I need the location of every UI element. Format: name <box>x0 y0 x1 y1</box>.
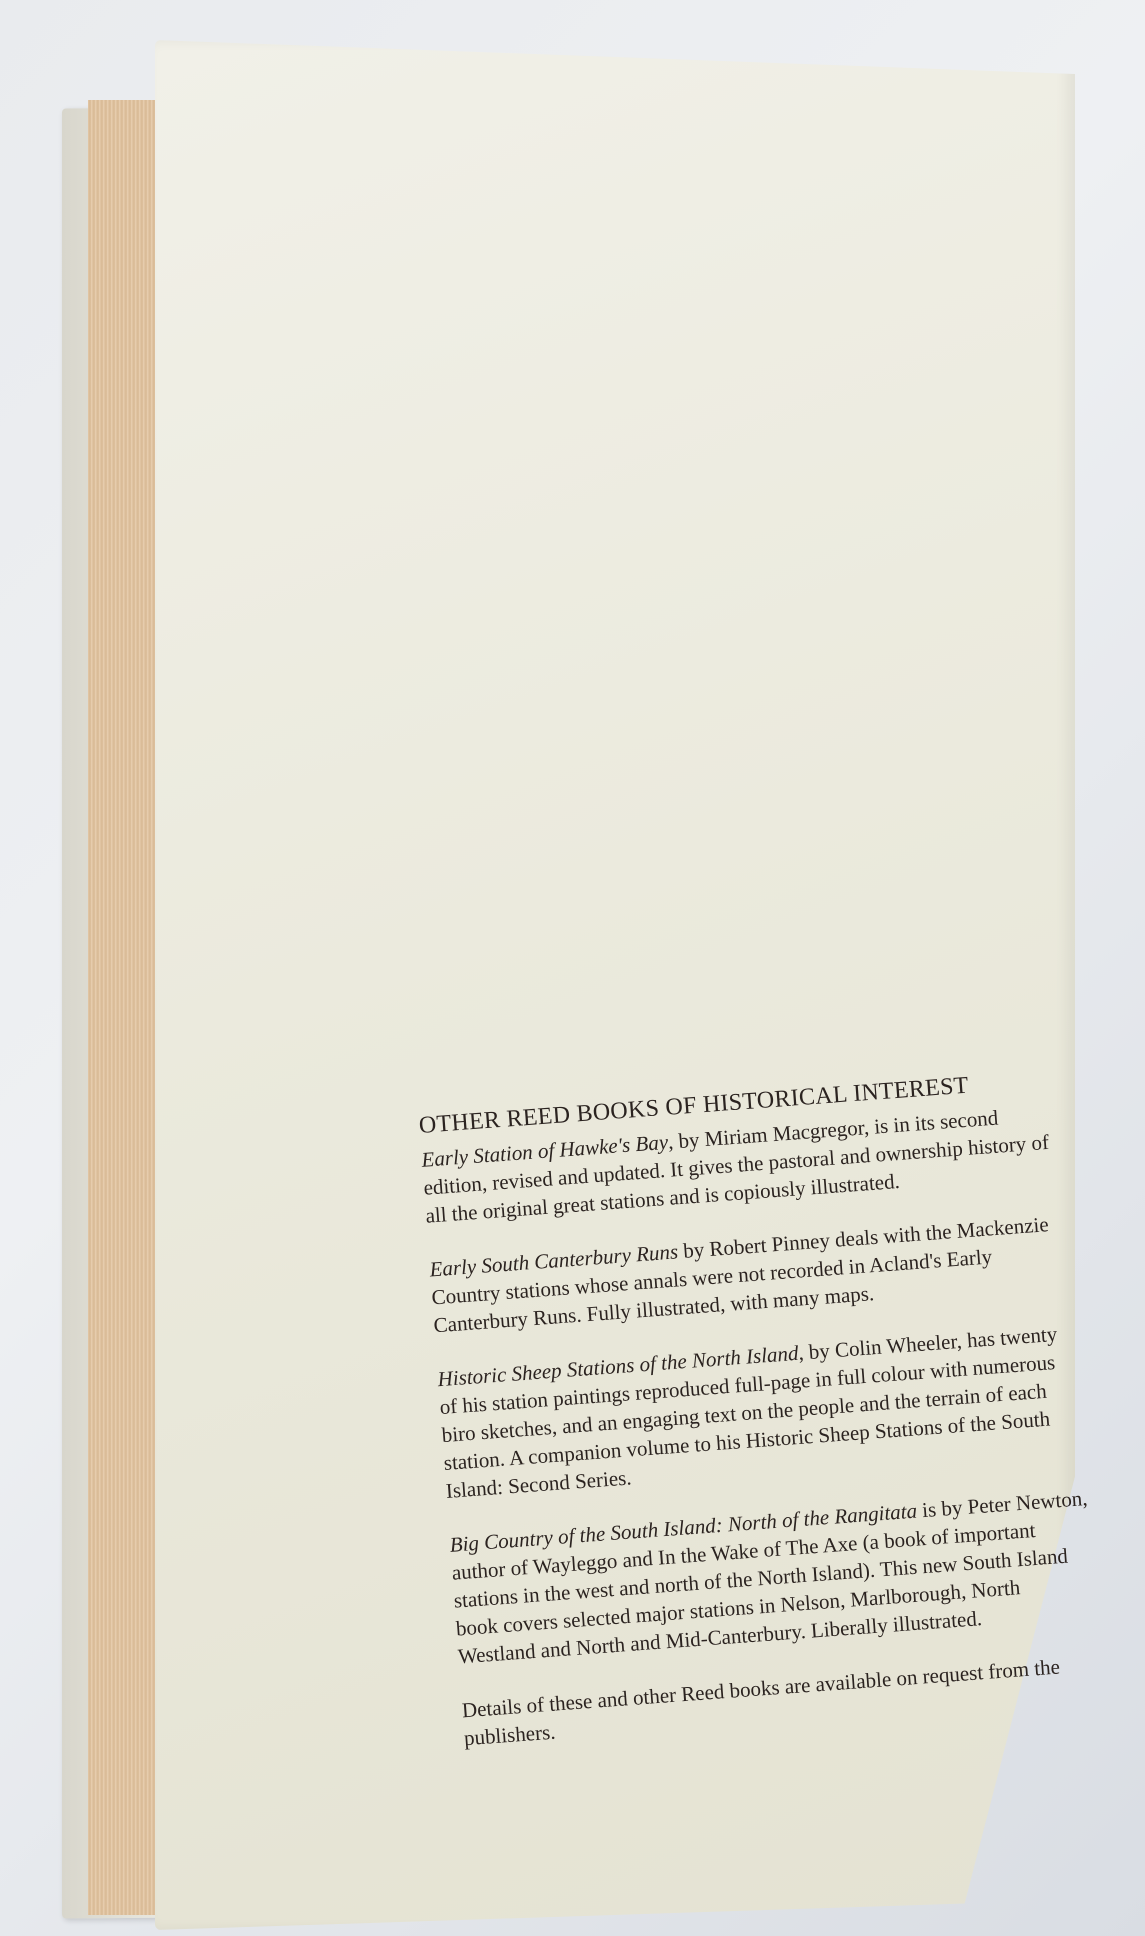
entry: Early South Canterbury Runs by Robert Pi… <box>429 1209 1073 1340</box>
back-cover-text: OTHER REED BOOKS OF HISTORICAL INTEREST … <box>418 1065 1103 1752</box>
entry: Historic Sheep Stations of the North Isl… <box>437 1318 1086 1504</box>
entry: Big Country of the South Island: North o… <box>449 1484 1098 1670</box>
